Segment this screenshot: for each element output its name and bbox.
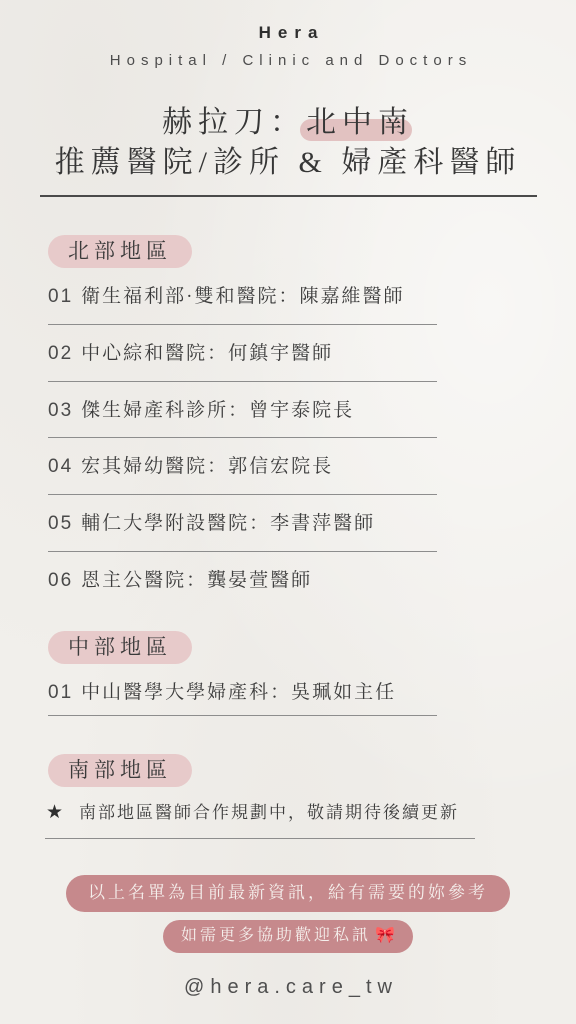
item-text: 衛生福利部·雙和醫院：陳嘉維醫師 <box>81 286 404 307</box>
main-title: 赫拉刀：北中南 <box>0 106 576 141</box>
brand-tagline: Hospital / Clinic and Doctors <box>0 52 576 70</box>
main-subtitle: 推薦醫院/診所 & 婦產科醫師 <box>0 146 576 181</box>
item-divider <box>48 551 437 552</box>
list-item: 02中心綜和醫院：何鎮宇醫師 <box>48 342 576 366</box>
item-number: 05 <box>48 513 73 534</box>
item-number: 03 <box>48 400 73 421</box>
section-south: 南部地區 ★南部地區醫師合作規劃中，敬請期待後續更新 <box>0 716 576 839</box>
item-text: 恩主公醫院：龔晏萱醫師 <box>81 570 312 591</box>
item-number: 06 <box>48 570 73 591</box>
list-item: 01衛生福利部·雙和醫院：陳嘉維醫師 <box>48 285 576 309</box>
contact-banner-text: 如需更多協助歡迎私訊 <box>181 927 371 944</box>
brand-name: Hera <box>0 24 576 41</box>
item-text: 宏其婦幼醫院：郭信宏院長 <box>81 456 333 477</box>
item-number: 02 <box>48 343 73 364</box>
list-item: 04宏其婦幼醫院：郭信宏院長 <box>48 455 576 479</box>
section-north: 北部地區 01衛生福利部·雙和醫院：陳嘉維醫師 02中心綜和醫院：何鎮宇醫師 0… <box>0 197 576 593</box>
south-note-text: 南部地區醫師合作規劃中，敬請期待後續更新 <box>79 803 459 822</box>
main-title-prefix: 赫拉刀： <box>162 106 306 139</box>
list-item: 06恩主公醫院：龔晏萱醫師 <box>48 569 576 593</box>
footer: 以上名單為目前最新資訊，給有需要的妳參考 如需更多協助歡迎私訊🎀 @hera.c… <box>0 839 576 999</box>
list-item: 03傑生婦產科診所：曾宇泰院長 <box>48 399 576 423</box>
item-text: 中心綜和醫院：何鎮宇醫師 <box>81 343 333 364</box>
item-number: 01 <box>48 286 73 307</box>
section-badge-north: 北部地區 <box>48 235 192 268</box>
list-item: 01中山醫學大學婦產科：吳珮如主任 <box>48 681 576 705</box>
south-note: ★南部地區醫師合作規劃中，敬請期待後續更新 <box>46 801 576 826</box>
item-text: 輔仁大學附設醫院：李書萍醫師 <box>81 513 375 534</box>
item-number: 01 <box>48 682 73 703</box>
star-icon: ★ <box>46 802 65 823</box>
item-divider <box>48 437 437 438</box>
item-text: 傑生婦產科診所：曾宇泰院長 <box>81 400 354 421</box>
item-number: 04 <box>48 456 73 477</box>
instagram-handle: @hera.care_tw <box>0 976 576 999</box>
ribbon-bow-icon: 🎀 <box>375 927 395 944</box>
info-banner: 以上名單為目前最新資訊，給有需要的妳參考 <box>66 875 510 912</box>
item-text: 中山醫學大學婦產科：吳珮如主任 <box>81 682 396 703</box>
list-item: 05輔仁大學附設醫院：李書萍醫師 <box>48 512 576 536</box>
section-badge-central: 中部地區 <box>48 631 192 664</box>
item-divider <box>48 381 437 382</box>
item-divider <box>48 324 437 325</box>
poster: Hera Hospital / Clinic and Doctors 赫拉刀：北… <box>0 0 576 1024</box>
main-title-highlight: 北中南 <box>306 106 414 139</box>
section-central: 中部地區 01中山醫學大學婦產科：吳珮如主任 <box>0 593 576 717</box>
contact-banner: 如需更多協助歡迎私訊🎀 <box>163 920 413 952</box>
item-divider <box>48 494 437 495</box>
section-badge-south: 南部地區 <box>48 754 192 787</box>
